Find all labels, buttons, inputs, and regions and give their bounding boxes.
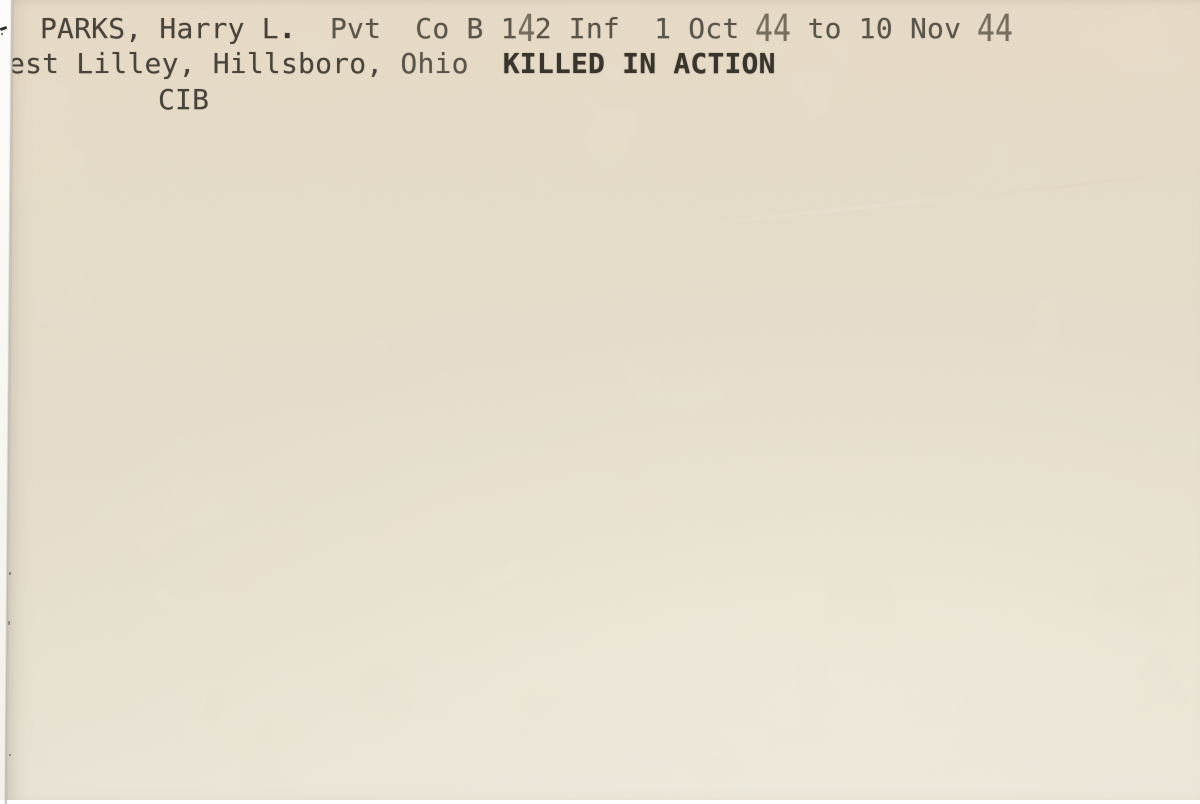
typed-text-segment: 4 [517,9,535,49]
typed-line-2: West Lilley, Hillsboro, Ohio KILLED IN A… [0,49,776,79]
typed-text-segment [469,47,503,80]
typed-text-segment: PARKS, Harry L [40,12,279,45]
typed-line-3: CIB [158,85,209,115]
typed-line-1: PARKS, Harry L. Pvt Co B 142 Inf 1 Oct 4… [40,14,1012,44]
typed-text-segment: Ohio [400,47,468,80]
paper-speck [9,754,11,756]
edge-pen-dot [1,33,3,35]
typed-text-segment: 2 Inf 1 Oct [535,12,757,45]
typed-text-segment: 44 [977,9,1013,49]
typed-text-segment: KILLED IN ACTION [503,47,776,80]
typed-text-segment: . [279,12,296,45]
typed-content: PARKS, Harry L. Pvt Co B 142 Inf 1 Oct 4… [0,0,1200,800]
typed-text-segment: 44 [755,9,791,49]
typed-text-segment: to 10 Nov [791,12,979,45]
typed-text-segment: West Lilley, Hillsboro, [0,47,400,80]
typed-text-segment: CIB [158,83,209,116]
index-card: PARKS, Harry L. Pvt Co B 142 Inf 1 Oct 4… [0,0,1200,800]
typed-text-segment: Pvt Co B 1 [296,12,518,45]
paper-speck [9,572,11,575]
